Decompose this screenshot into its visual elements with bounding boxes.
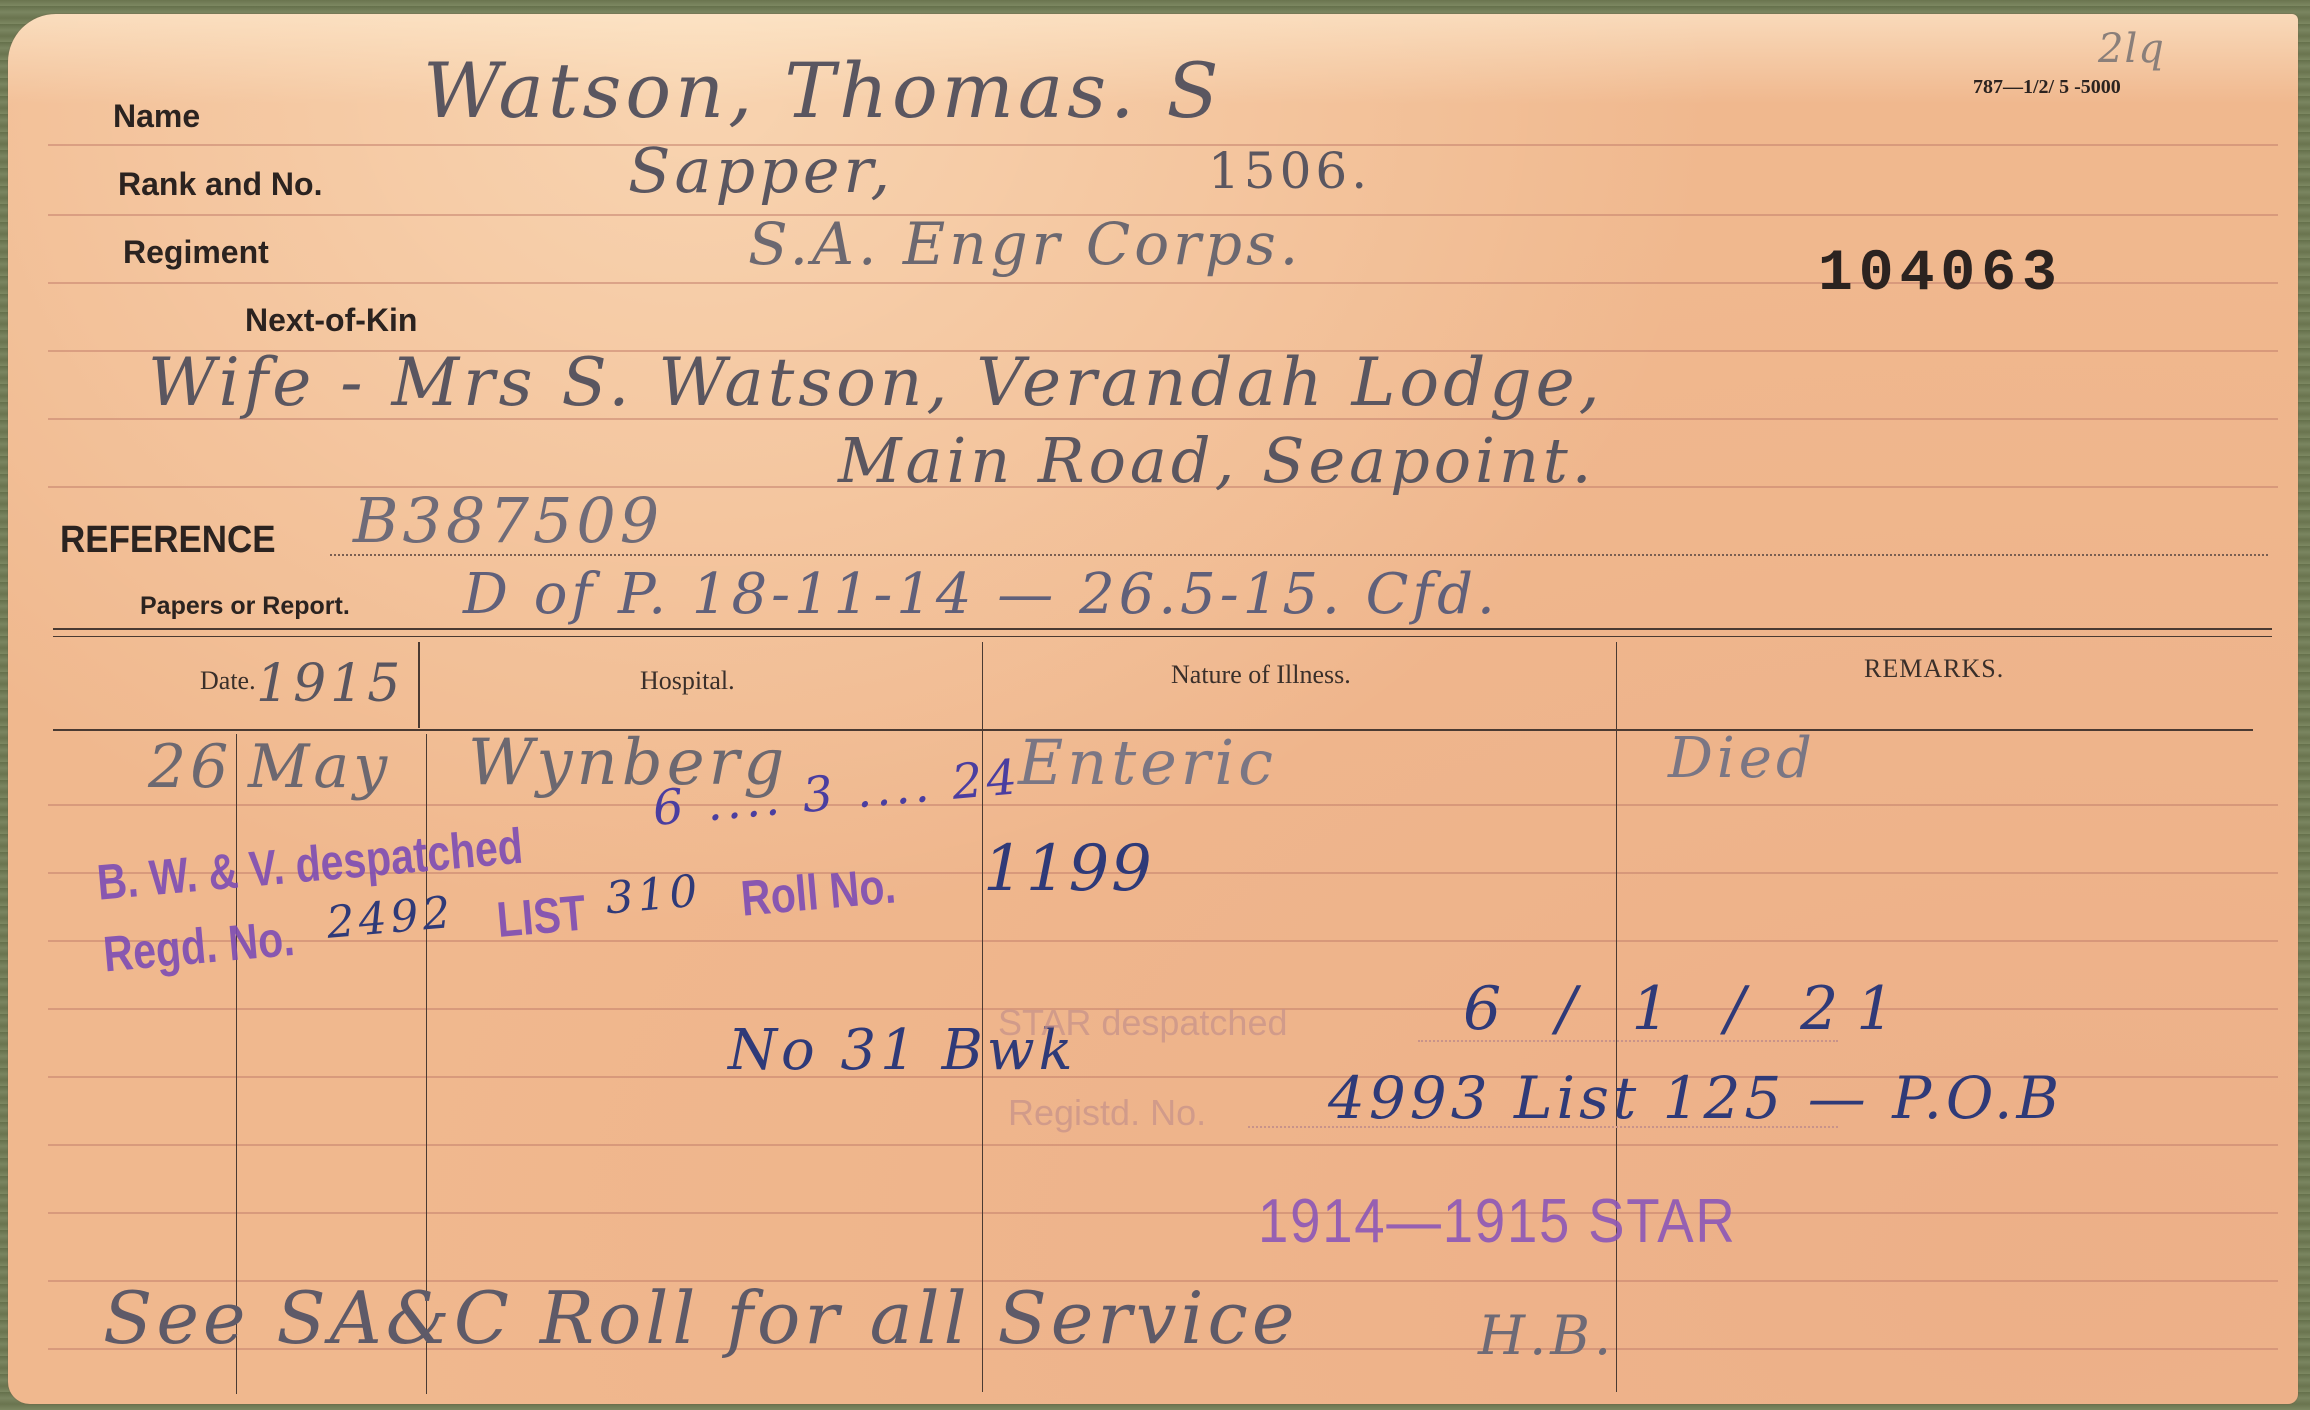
card-number: 104063 xyxy=(1818,242,2063,307)
star-despatched-date: 6 / 1 / 21 xyxy=(1463,974,1912,1044)
value-next-of-kin-line1: Wife - Mrs S. Watson, Verandah Lodge, xyxy=(148,344,1604,421)
label-regiment: Regiment xyxy=(123,234,269,271)
ruled-line xyxy=(48,144,2278,146)
star-regd-label: Registd. No. xyxy=(1008,1092,1206,1134)
label-papers-or-report: Papers or Report. xyxy=(140,592,350,621)
col-divider xyxy=(418,642,420,728)
row-remarks: Died xyxy=(1668,726,1816,791)
form-code: 787—1/2/ 5 -5000 xyxy=(1973,76,2121,99)
bwv-roll-no: 1199 xyxy=(983,832,1154,906)
bwv-roll-label: Roll No. xyxy=(739,856,898,927)
initials: H.B. xyxy=(1478,1304,1615,1367)
ruled-line xyxy=(48,1144,2278,1146)
table-top-rule xyxy=(53,636,2272,637)
label-rank-and-no: Rank and No. xyxy=(118,166,322,203)
row-day: 26 xyxy=(148,732,232,802)
header-nature-of-illness: Nature of Illness. xyxy=(1171,660,1351,690)
bwv-regd-no: 2492 xyxy=(324,887,456,949)
year-1915: 1915 xyxy=(256,654,404,714)
star-despatched-label: STAR despatched xyxy=(998,1002,1288,1044)
file-mark: 2lq xyxy=(2098,26,2165,72)
value-number: 1506. xyxy=(1208,142,1371,200)
star-regd-value: 4993 List 125 — P.O.B xyxy=(1328,1064,2063,1132)
bwv-despatched-label: B. W. & V. despatched xyxy=(95,817,525,912)
label-reference: REFERENCE xyxy=(60,519,276,562)
bwv-list-no: 310 xyxy=(603,865,703,924)
bwv-regd-label: Regd. No. xyxy=(101,909,297,983)
value-reference: B387509 xyxy=(353,484,663,557)
value-papers-or-report: D of P. 18-11-14 — 26.5-15. Cfd. xyxy=(463,562,1499,627)
star-stamp: 1914—1915 STAR xyxy=(1258,1186,1737,1257)
medal-index-card: 787—1/2/ 5 -5000 2lq 104063 Name Rank an… xyxy=(8,14,2298,1404)
bwv-list-label: LIST xyxy=(495,883,589,949)
ruled-line xyxy=(48,1212,2278,1214)
value-next-of-kin-line2: Main Road, Seapoint. xyxy=(838,424,1596,497)
footer-note: See SA&C Roll for all Service xyxy=(103,1276,1298,1360)
value-regiment: S.A. Engr Corps. xyxy=(748,210,1302,278)
table-top-rule xyxy=(53,628,2272,630)
row-month: May xyxy=(248,732,391,802)
value-name: Watson, Thomas. S xyxy=(423,46,1223,135)
header-date: Date. xyxy=(200,666,256,696)
label-next-of-kin: Next-of-Kin xyxy=(245,302,417,339)
header-remarks: REMARKS. xyxy=(1864,654,2004,684)
label-name: Name xyxy=(113,98,200,135)
header-hospital: Hospital. xyxy=(640,666,735,696)
value-rank: Sapper, xyxy=(628,134,894,207)
